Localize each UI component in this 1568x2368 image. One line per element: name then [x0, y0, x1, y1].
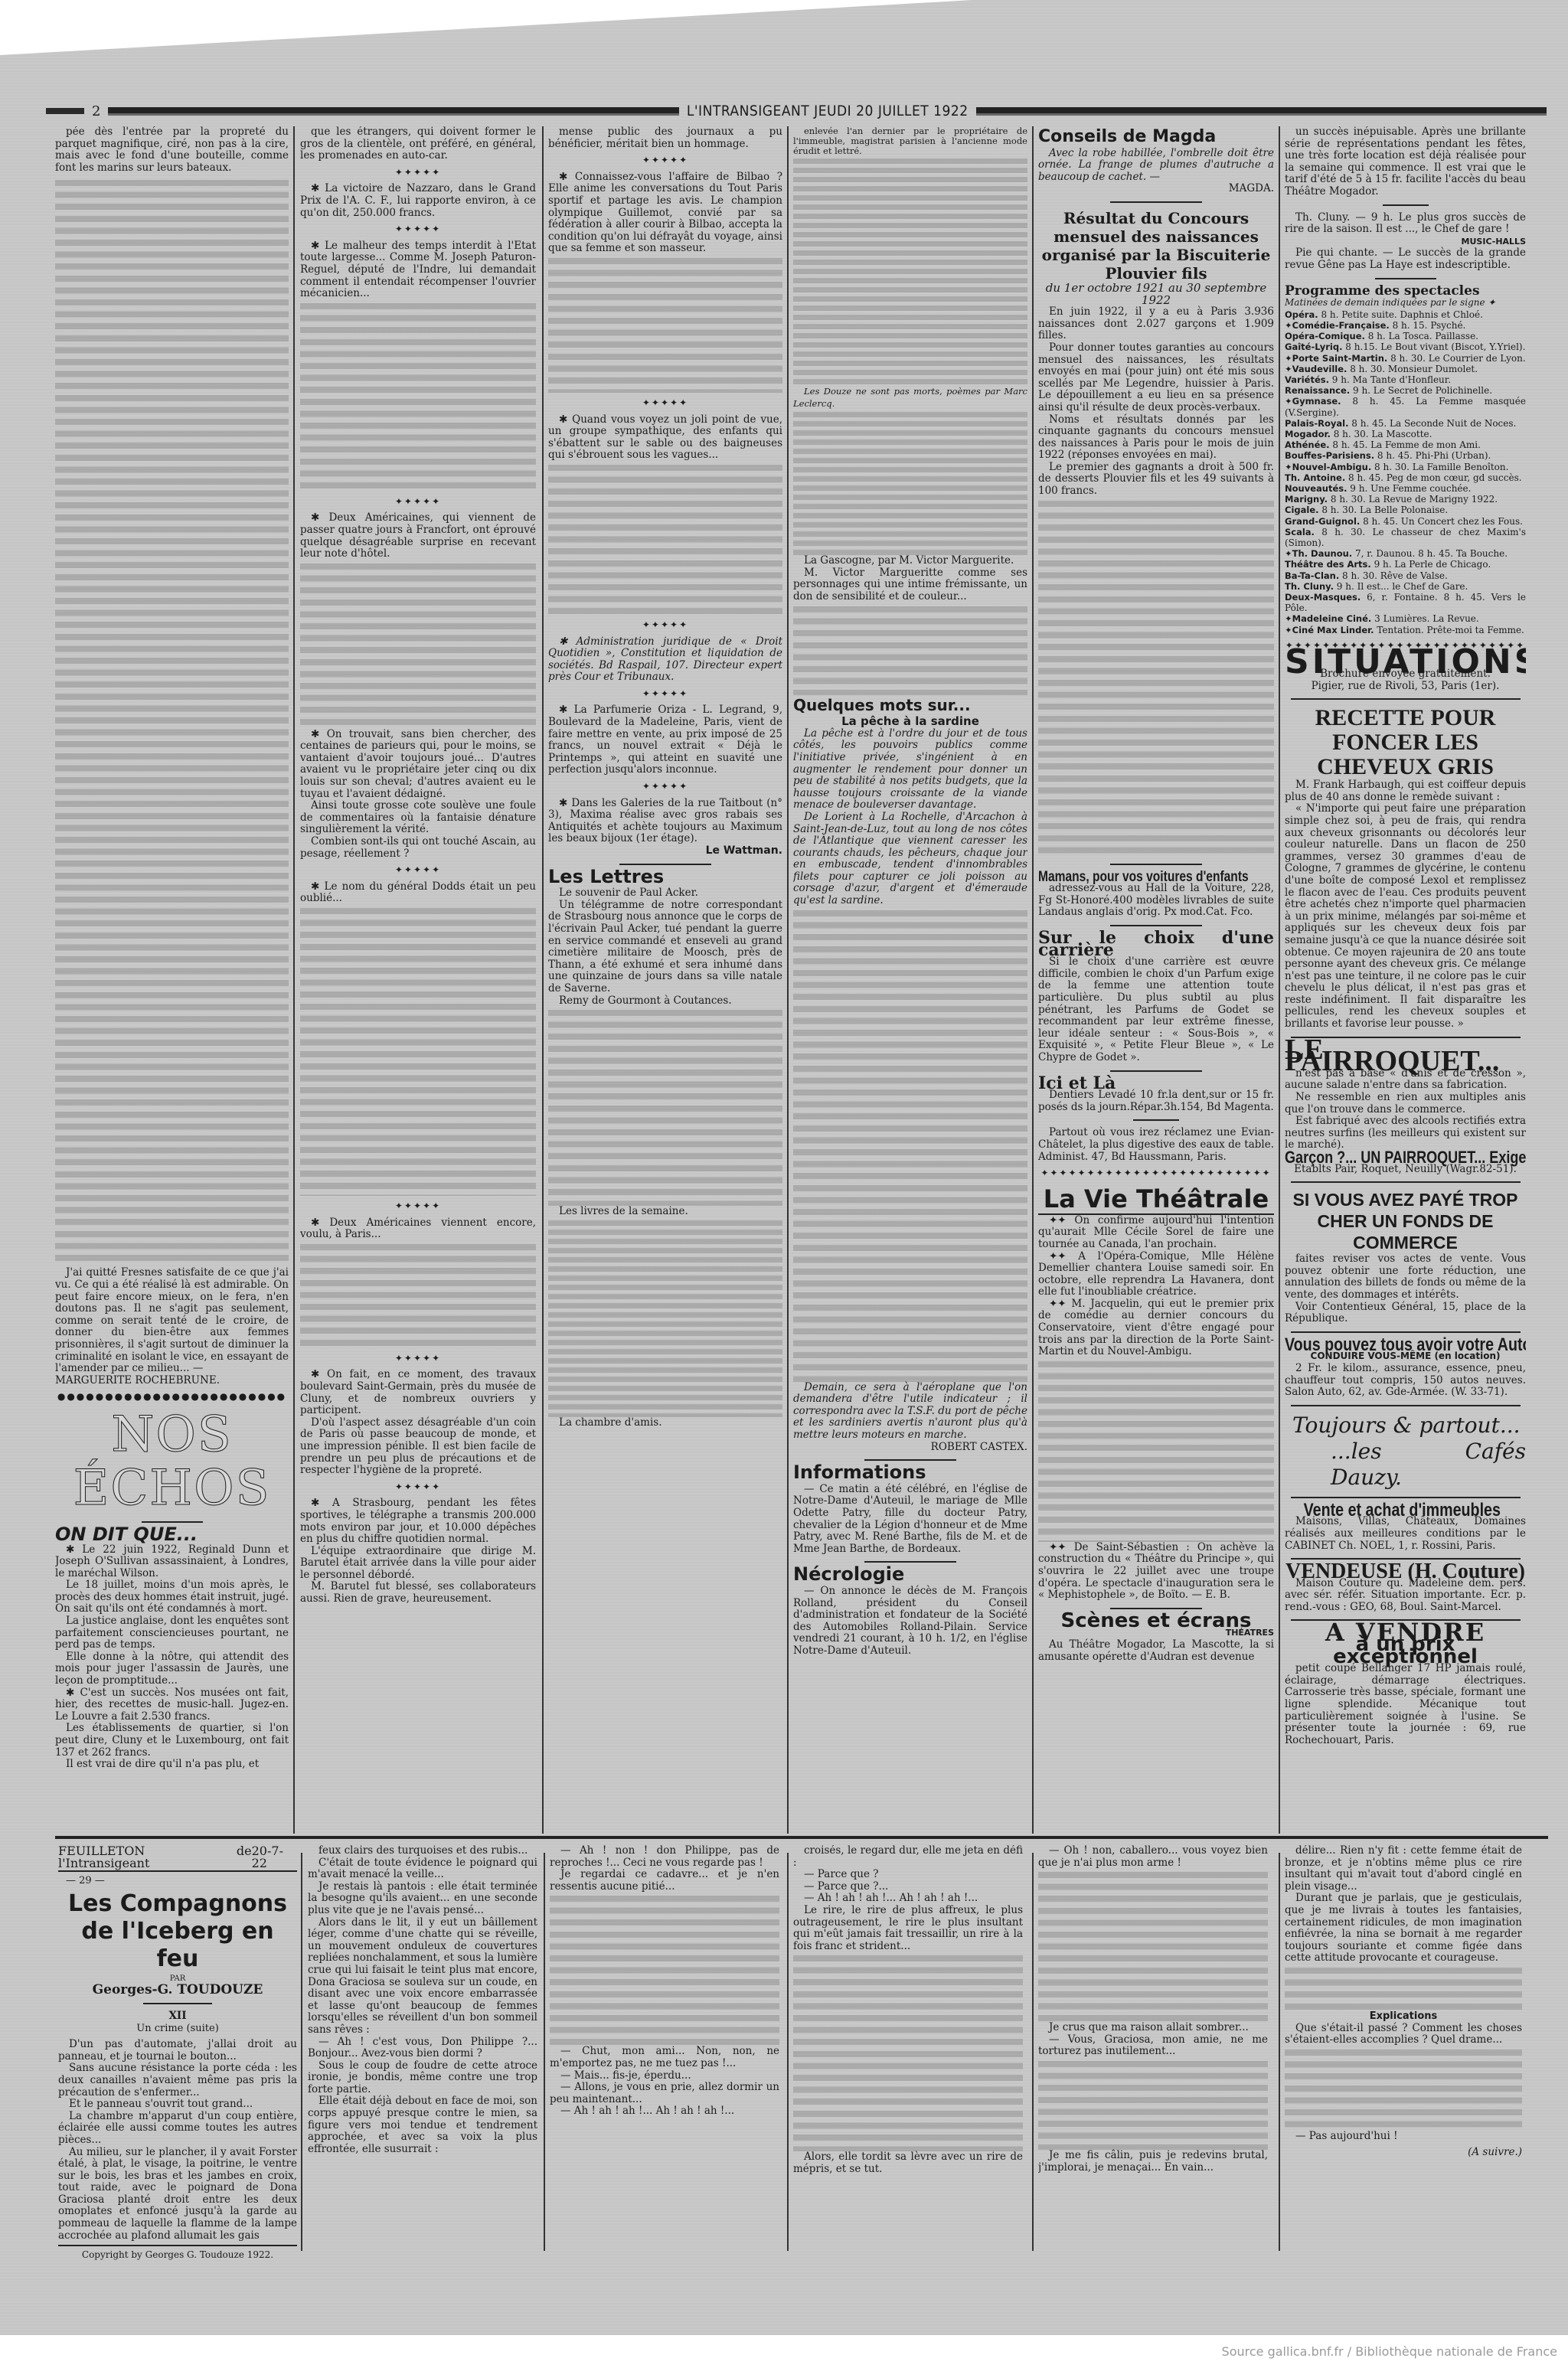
newspaper-title-date: L'INTRANSIGEANT JEUDI 20 JUILLET 1922 [687, 103, 969, 119]
novel-paragraph: Elle était déjà debout en face de moi, s… [308, 2095, 537, 2155]
show-info: 7, r. Daunou. 8 h. 45. Ta Bouche. [1355, 548, 1508, 559]
article-body-text-block [300, 1241, 536, 1348]
article-title-peche: La pêche à la sardine [793, 716, 1027, 728]
novel-paragraph: Je restais là pantois : elle était termi… [308, 1881, 537, 1917]
column-rule [1279, 1853, 1280, 2251]
page-number: 2 [92, 103, 100, 119]
article-body-text-block [793, 156, 1027, 386]
ad-text: Ne ressemble en rien aux multiples anis … [1285, 1092, 1526, 1115]
column-rule [1032, 1853, 1034, 2251]
column-2: que les étrangers, qui doivent former le… [300, 126, 536, 1830]
echo-paragraph: M. Barutel fut blessé, ses collaborateur… [300, 1581, 536, 1605]
show-info: 9 h. La Perle de Chicago. [1374, 559, 1491, 570]
column-rule [787, 126, 789, 1834]
article-paragraph: pée dès l'entrée par la propreté du parq… [55, 126, 289, 174]
feuilleton-column-5: — Oh ! non, caballero... vous voyez bien… [1038, 1845, 1268, 2259]
novel-text-block [1285, 1965, 1522, 2010]
article-body-text-block [300, 560, 536, 729]
section-title-quelques-mots: Quelques mots sur... [793, 700, 1027, 712]
section-title-ici-la: Ici et Là [1038, 1078, 1274, 1090]
novel-paragraph: Alors dans le lit, il y eut un bâillemen… [308, 1917, 537, 2036]
feuilleton-header: FEUILLETON de l'Intransigeant 20-7-22 [58, 1845, 297, 1872]
novel-text-block [1038, 2058, 1268, 2150]
novel-paragraph: — Vous, Graciosa, mon amie, ne me tortur… [1038, 2034, 1268, 2058]
programme-entry: Palais-Royal. 8 h. 45. La Seconde Nuit d… [1285, 418, 1526, 429]
novel-paragraph: — Ah ! non ! don Philippe, pas de reproc… [550, 1845, 779, 1869]
lettres-item: La chambre d'amis. [548, 1417, 782, 1429]
title-rule [1291, 1181, 1521, 1183]
novel-paragraph: Que s'était-il passé ? Comment les chose… [1285, 2023, 1522, 2046]
show-info: 8 h. 30. La Revue de Marigny 1922. [1331, 494, 1498, 505]
venue-name: ✦Madeleine Ciné. [1285, 613, 1371, 624]
article-body-text-block [793, 603, 1027, 695]
show-info: 8 h.15. Le Bout vivant (Biscot, Y.Yriel)… [1345, 341, 1525, 352]
venue-name: Scala. [1285, 527, 1315, 537]
source-credit: Source gallica.bnf.fr / Bibliothèque nat… [1222, 2344, 1557, 2359]
section-title-necrologie: Nécrologie [793, 1569, 1027, 1581]
title-rule [1110, 201, 1202, 203]
echo-paragraph: Elle donne à la nôtre, qui attendit des … [55, 1651, 289, 1687]
column-rule [293, 126, 295, 1834]
show-info: 8 h. 30. Le chasseur de chez Maxim's (Si… [1285, 527, 1526, 548]
article-body-text-block [1038, 1358, 1274, 1542]
title-rule [1110, 1070, 1202, 1072]
show-info: 8 h. 30. La Belle Polonaise. [1321, 505, 1448, 515]
programme-entry: Bouffes-Parisiens. 8 h. 45. Phi-Phi (Urb… [1285, 450, 1526, 461]
echo-paragraph: Le 18 juillet, moins d'un mois après, le… [55, 1579, 289, 1615]
title-rule [864, 1459, 956, 1461]
venue-name: ✦Nouvel-Ambigu. [1285, 462, 1371, 472]
subsection-title: ON DIT QUE... [55, 1529, 289, 1541]
venue-name: Mogador. [1285, 429, 1331, 439]
echo-paragraph: ✱ Le nom du général Dodds était un peu o… [300, 881, 536, 905]
show-info: 8 h. 45. Phi-Phi (Urban). [1377, 450, 1491, 461]
echo-paragraph: ✱ Deux Américaines, qui viennent de pass… [300, 512, 536, 560]
title-rule [1383, 204, 1429, 206]
title-rule [1291, 698, 1521, 700]
programme-entry: ✦Madeleine Ciné. 3 Lumières. La Revue. [1285, 613, 1526, 624]
subsection-label: MUSIC-HALLS [1285, 236, 1526, 248]
echo-paragraph: Les établissements de quartier, si l'on … [55, 1723, 289, 1759]
lettres-item: Les livres de la semaine. [548, 1206, 782, 1218]
programme-entry: ✦Th. Daunou. 7, r. Daunou. 8 h. 45. Ta B… [1285, 548, 1526, 559]
column-5: Conseils de Magda Avec la robe habillée,… [1038, 126, 1274, 1830]
theatre-item: ✦✦ M. Jacquelin, qui eut le premier prix… [1038, 1298, 1274, 1358]
chapter-title: Un crime (suite) [58, 2023, 297, 2035]
column-6: un succès inépuisable. Après une brillan… [1285, 126, 1526, 1830]
programme-entry: Th. Cluny. 9 h. Il est... le Chef de Gar… [1285, 581, 1526, 592]
echo-paragraph: ✱ Dans les Galeries de la rue Taitbout (… [548, 798, 782, 845]
venue-name: ✦Th. Daunou. [1285, 548, 1352, 559]
programme-entry: Opéra-Comique. 8 h. La Tosca. Paillasse. [1285, 331, 1526, 341]
ad-title-fonds: SI VOUS AVEZ PAYÉ TROP CHER UN FONDS DE … [1285, 1189, 1526, 1253]
programme-entry: Marigny. 8 h. 30. La Revue de Marigny 19… [1285, 494, 1526, 505]
programme-entry: Renaissance. 9 h. Le Secret de Polichine… [1285, 385, 1526, 396]
concours-paragraph: En juin 1922, il y a eu à Paris 3.936 na… [1038, 306, 1274, 342]
ad-title-situations: SITUATIONS [1285, 656, 1526, 668]
column-4: enlevée l'an dernier par le propriétaire… [793, 126, 1027, 1830]
novel-paragraph: — Oh ! non, caballero... vous voyez bien… [1038, 1845, 1268, 1869]
title-rule [1110, 925, 1202, 926]
column-1: pée dès l'entrée par la propreté du parq… [55, 126, 289, 1830]
programme-entry: ✦Porte Saint-Martin. 8 h. 30. Le Courrie… [1285, 353, 1526, 364]
article-paragraph: M. Victor Margueritte comme ses personna… [793, 567, 1027, 603]
title-rule [142, 1521, 203, 1523]
masthead: 2 L'INTRANSIGEANT JEUDI 20 JUILLET 1922 [46, 100, 1547, 122]
lettres-item: Le souvenir de Paul Acker. [548, 887, 782, 900]
show-info: 9 h. Il est... le Chef de Gare. [1337, 581, 1468, 592]
venue-name: Cigale. [1285, 505, 1318, 515]
ornament-divider: ✦✦✦✦✦ [548, 155, 782, 167]
programme-entry: ✦Vaudeville. 8 h. 30. Monsieur Dumolet. [1285, 364, 1526, 374]
programme-entry: Variétés. 9 h. Ma Tante d'Honfleur. [1285, 374, 1526, 385]
title-rule [1291, 1037, 1521, 1038]
novel-paragraph: La chambre m'apparut d'un coup entière, … [58, 2111, 297, 2147]
show-info: Tentation. Prête-moi ta Femme. [1377, 625, 1524, 635]
show-info: 8 h. 15. Psyché. [1393, 320, 1466, 331]
echo-paragraph: ✱ Connaissez-vous l'affaire de Bilbao ? … [548, 171, 782, 255]
programme-note: Matinées de demain indiquées par le sign… [1285, 297, 1526, 309]
article-paragraph: enlevée l'an dernier par le propriétaire… [793, 126, 1027, 156]
article-paragraph: — Ce matin a été célébré, en l'église de… [793, 1484, 1027, 1556]
novel-paragraph: — Chut, mon ami... Non, non, ne m'emport… [550, 2046, 779, 2069]
venue-name: ✦Comédie-Française. [1285, 320, 1390, 331]
echo-paragraph: ✱ Quand vous voyez un joli point de vue,… [548, 414, 782, 462]
novel-paragraph: Je crus que ma raison allait sombrer... [1038, 2022, 1268, 2034]
echo-paragraph: que les étrangers, qui doivent former le… [300, 126, 536, 162]
copyright: Copyright by Georges G. Toudouze 1922. [58, 2245, 297, 2262]
echo-paragraph: ✱ A Strasbourg, pendant les fêtes sporti… [300, 1498, 536, 1545]
lettres-item: Un télégramme de notre correspondant de … [548, 900, 782, 995]
show-info: 8 h. 45. La Femme de mon Ami. [1332, 439, 1481, 450]
echo-paragraph: mense public des journaux a pu bénéficie… [548, 126, 782, 150]
ad-text: Si le choix d'une carrière est œuvre dif… [1038, 956, 1274, 1063]
ornament-divider: ✦✦✦✦✦ [300, 224, 536, 236]
ad-title-carriere: Sur le choix d'une carrière [1038, 933, 1274, 956]
programme-entry: Théâtre des Arts. 9 h. La Perle de Chica… [1285, 559, 1526, 570]
novel-text-block [793, 1952, 1023, 2151]
show-info: 8 h. 45. La Seconde Nuit de Noces. [1351, 418, 1516, 429]
novel-text-block [1285, 2046, 1522, 2131]
title-rule [1110, 864, 1202, 865]
echo-paragraph: Combien sont-ils qui ont touché Ascain, … [300, 836, 536, 860]
ornament-divider: ✦✦✦✦✦ [548, 619, 782, 632]
ornament-divider: ✦✦✦✦✦ [548, 781, 782, 793]
venue-name: ✦Ciné Max Linder. [1285, 625, 1374, 635]
ad-text: petit coupé Bellanger 17 HP jamais roulé… [1285, 1663, 1526, 1746]
article-body-text-block [300, 300, 536, 492]
novel-paragraph: Je me fis câlin, puis je redevins brutal… [1038, 2150, 1268, 2174]
title-rule [1133, 1119, 1179, 1121]
column-rule [1279, 126, 1280, 1834]
title-rule [864, 1561, 956, 1563]
subheading-explications: Explications [1285, 2010, 1522, 2023]
novel-paragraph: Au milieu, sur le plancher, il y avait F… [58, 2147, 297, 2242]
novel-paragraph: Sous le coup de foudre de cette atroce i… [308, 2060, 537, 2096]
ad-script-line: Toujours & partout... [1285, 1413, 1526, 1439]
ad-text: Maisons, Villas, Châteaux, Domaines réal… [1285, 1516, 1526, 1552]
venue-name: Opéra-Comique. [1285, 331, 1365, 341]
article-paragraph: Les Douze ne sont pas morts, poèmes par … [793, 386, 1027, 410]
programme-entry: ✦Ciné Max Linder. Tentation. Prête-moi t… [1285, 625, 1526, 635]
venue-name: Gaîté-Lyriq. [1285, 341, 1342, 352]
novel-paragraph: croisés, le regard dur, elle me jeta en … [793, 1845, 1023, 1869]
article-body-text-block [548, 462, 782, 615]
ornament-divider: ●●●●●●●●●●●●●●●●●●●●●●●● [55, 1391, 289, 1403]
section-title-vie-theatrale: La Vie Théâtrale [1038, 1184, 1274, 1215]
venue-name: Th. Cluny. [1285, 581, 1334, 592]
novel-text-block [550, 1893, 779, 2046]
masthead-rule-right [976, 107, 1547, 116]
concours-title: Résultat du Concours mensuel des naissan… [1038, 209, 1274, 283]
column-rule [542, 126, 544, 1834]
article-paragraph: De Lorient à La Rochelle, d'Arcachon à S… [793, 812, 1027, 907]
ad-text: Brochure envoyée gratuitement. [1285, 668, 1526, 681]
programme-entry: Athénée. 8 h. 45. La Femme de mon Ami. [1285, 439, 1526, 450]
column-rule [544, 1853, 545, 2251]
ad-title-recette: RECETTE POUR FONCER LES CHEVEUX GRIS [1285, 706, 1526, 779]
ornament-divider: ✦✦✦✦✦ [548, 397, 782, 410]
echo-paragraph: Ainsi toute grosse cote soulève une foul… [300, 800, 536, 836]
venue-name: Variétés. [1285, 374, 1329, 385]
echo-paragraph: La justice anglaise, dont les enquêtes s… [55, 1615, 289, 1651]
novel-paragraph: Je regardai ce cadavre... et je n'en res… [550, 1869, 779, 1893]
novel-paragraph: Sans aucune résistance la porte céda : l… [58, 2063, 297, 2099]
venue-name: Grand-Guignol. [1285, 516, 1360, 527]
echo-paragraph: D'où l'aspect assez désagréable d'un coi… [300, 1417, 536, 1477]
show-info: 8 h. 45. Peg de mon cœur, gd succès. [1348, 472, 1522, 483]
programme-entry: ✦Nouvel-Ambigu. 8 h. 30. La Famille Beno… [1285, 462, 1526, 472]
article-paragraph: La pêche est à l'ordre du jour et de tou… [793, 728, 1027, 812]
ad-text: adressez-vous au Hall de la Voiture, 228… [1038, 883, 1274, 919]
title-rule [619, 864, 711, 865]
title-rule [1291, 1331, 1521, 1333]
ad-slogan: Garçon ?... UN PAIRROQUET... Exigez-le [1285, 1151, 1482, 1164]
ornament-divider: ✦✦✦✦✦ [300, 1200, 536, 1213]
article-paragraph: Demain, ce sera à l'aéroplane que l'on d… [793, 1382, 1027, 1442]
chapter-number: XII [58, 2010, 297, 2023]
ad-title-mamans: Mamans, pour vos voitures d'enfants [1038, 871, 1232, 884]
theatre-item: ✦✦ On confirme aujourd'hui l'intention q… [1038, 1215, 1274, 1251]
novel-paragraph: Et le panneau s'ouvrit tout grand... [58, 2099, 297, 2111]
concours-paragraph: Noms et résultats donnés par les cinquan… [1038, 414, 1274, 462]
novel-paragraph: C'était de toute évidence le poignard qu… [308, 1857, 537, 1881]
section-title-scenes-ecrans: Scènes et écrans [1038, 1615, 1274, 1628]
programme-entry: Scala. 8 h. 30. Le chasseur de chez Maxi… [1285, 527, 1526, 548]
novel-title: Les Compagnons de l'Iceberg en feu [58, 1890, 297, 1973]
venue-name: Athénée. [1285, 439, 1330, 450]
lettres-item: Remy de Gourmont à Coutances. [548, 995, 782, 1008]
novel-paragraph: Alors, elle tordit sa lèvre avec un rire… [793, 2151, 1023, 2175]
feuilleton-column-2: feux clairs des turquoises et des rubis.… [308, 1845, 537, 2259]
article-body-text-block [300, 905, 536, 1196]
programme-list: Opéra. 8 h. Petite suite. Daphnis et Chl… [1285, 309, 1526, 635]
show-info: 9 h. Le Secret de Polichinelle. [1353, 385, 1492, 396]
novel-author: Georges-G. TOUDOUZE [58, 1984, 297, 1997]
venue-name: Opéra. [1285, 309, 1318, 320]
show-info: 8 h. 30. Rêve de Valse. [1342, 570, 1448, 581]
ad-text: « N'importe qui peut faire une préparati… [1285, 803, 1526, 1030]
programme-entry: Grand-Guignol. 8 h. 45. Un Concert chez … [1285, 516, 1526, 527]
echo-paragraph: ✱ On trouvait, sans bien chercher, des c… [300, 729, 536, 801]
show-info: 9 h. Ma Tante d'Honfleur. [1332, 374, 1451, 385]
venue-name: ✦Gymnase. [1285, 396, 1341, 407]
echo-paragraph: ✱ C'est un succès. Nos musées ont fait, … [55, 1687, 289, 1723]
echo-paragraph: ✱ Administration juridique de « Droit Qu… [548, 636, 782, 684]
novel-paragraph: — Parce que ?... [793, 1881, 1023, 1893]
winners-list-text-block [1038, 498, 1274, 857]
concours-dates: du 1er octobre 1921 au 30 septembre 1922 [1038, 283, 1274, 306]
column-rule [787, 1853, 789, 2251]
show-info: 9 h. Une Femme couchée. [1350, 483, 1471, 494]
ornament-divider: ✦✦✦✦✦ [300, 1481, 536, 1494]
echo-paragraph: ✱ Le malheur des temps interdit à l'Etat… [300, 240, 536, 300]
show-info: 8 h. 30. La Mascotte. [1334, 429, 1432, 439]
article-paragraph: Th. Cluny. — 9 h. Le plus gros succès de… [1285, 212, 1526, 236]
title-rule [1375, 278, 1436, 279]
novel-paragraph: — Mais... fis-je, éperdu... [550, 2070, 779, 2082]
theatre-item: ✦✦ A l'Opéra-Comique, Mlle Hélène Demell… [1038, 1251, 1274, 1298]
ad-title-immeubles: Vente et achat d'immeubles [1285, 1504, 1482, 1517]
venue-name: Palais-Royal. [1285, 418, 1348, 429]
novel-paragraph: — Ah ! ah ! ah !... Ah ! ah ! ah !... [793, 1893, 1023, 1905]
novel-paragraph: — Parce que ? [793, 1869, 1023, 1881]
ad-text: Maison Couture qu. Madeleine dem. pers. … [1285, 1578, 1526, 1614]
novel-paragraph: — Ah ! c'est vous, Don Philippe ?... Bon… [308, 2036, 537, 2060]
show-info: 8 h. 30. La Famille Benoîton. [1374, 462, 1508, 472]
ad-script-line: ...les Cafés Dauzy. [1285, 1439, 1526, 1491]
ad-text: 2 Fr. le kilom., assurance, essence, pne… [1285, 1363, 1526, 1399]
echo-paragraph: ✱ On fait, en ce moment, des travaux bou… [300, 1369, 536, 1416]
feuilleton-divider [55, 1836, 1548, 1839]
venue-name: Bouffes-Parisiens. [1285, 450, 1374, 461]
venue-name: Marigny. [1285, 494, 1328, 505]
echo-paragraph: ✱ La victoire de Nazzaro, dans le Grand … [300, 183, 536, 219]
novel-paragraph: — Allons, je vous en prie, allez dormir … [550, 2082, 779, 2105]
ad-text: Dentiers Levadé 10 fr.la dent,sur or 15 … [1038, 1089, 1274, 1113]
novel-paragraph: Le rire, le rire de plus affreux, le plu… [793, 1905, 1023, 1952]
byline: MAGDA. [1038, 183, 1274, 195]
feuilleton-column-4: croisés, le regard dur, elle me jeta en … [793, 1845, 1023, 2259]
article-body-text-block [548, 255, 782, 393]
ad-text: n'est pas à base « d'anis et de cresson … [1285, 1068, 1526, 1092]
novel-paragraph: Durant que je parlais, que je gesticulai… [1285, 1893, 1522, 1965]
column-rule [301, 1853, 302, 2251]
column-3: mense public des journaux a pu bénéficie… [548, 126, 782, 1830]
echo-paragraph: ✱ Le 22 juin 1922, Reginald Dunn et Jose… [55, 1544, 289, 1580]
venue-name: ✦Porte Saint-Martin. [1285, 353, 1387, 364]
column-rule [1032, 126, 1034, 1834]
programme-entry: Gaîté-Lyriq. 8 h.15. Le Bout vivant (Bis… [1285, 341, 1526, 352]
theatre-item: ✦✦ De Saint-Sébastien : On achève la con… [1038, 1542, 1274, 1602]
show-info: 8 h. 45. Un Concert chez les Fous. [1363, 516, 1523, 527]
section-title-les-lettres: Les Lettres [548, 871, 782, 884]
show-info: 8 h. Petite suite. Daphnis et Chloé. [1321, 309, 1482, 320]
concours-paragraph: Le premier des gagnants a droit à 500 fr… [1038, 462, 1274, 498]
echo-paragraph: L'équipe extraordinaire que dirige M. Ba… [300, 1546, 536, 1582]
section-title-conseils: Conseils de Magda [1038, 131, 1274, 143]
ornament-divider: ✦✦✦✦✦✦✦✦✦✦✦✦✦✦✦✦✦✦✦✦✦✦✦✦✦ [1038, 1168, 1274, 1180]
novel-text-block [1038, 1869, 1268, 2022]
feuilleton-date: 20-7-22 [252, 1845, 297, 1869]
show-info: 8 h. 30. Monsieur Dumolet. [1350, 364, 1478, 374]
article-body-text-block [793, 410, 1027, 555]
programme-entry: Nouveautés. 9 h. Une Femme couchée. [1285, 483, 1526, 494]
article-paragraph: Pie qui chante. — Le succès de la grande… [1285, 247, 1526, 271]
novel-paragraph: — Pas aujourd'hui ! [1285, 2131, 1522, 2143]
ad-text: Partout où vous irez réclamez une Evian-… [1038, 1127, 1274, 1163]
title-rule [1291, 1497, 1521, 1498]
venue-name: Nouveautés. [1285, 483, 1347, 494]
masthead-rule-left [108, 107, 678, 116]
article-paragraph: un succès inépuisable. Après une brillan… [1285, 126, 1526, 198]
venue-name: Renaissance. [1285, 385, 1350, 396]
article-paragraph: J'ai quitté Fresnes satisfaite de ce que… [55, 1267, 289, 1374]
novel-paragraph: D'un pas d'automate, j'allai droit au pa… [58, 2039, 297, 2063]
title-rule [1291, 1405, 1521, 1406]
article-body-text-block [548, 1218, 782, 1417]
novel-paragraph: délire... Rien n'y fit : cette femme éta… [1285, 1845, 1522, 1893]
to-be-continued: (A suivre.) [1285, 2147, 1522, 2159]
signature: Le Wattman. [548, 845, 782, 857]
programme-entry: ✦Gymnase. 8 h. 45. La Femme masquée (V.S… [1285, 396, 1526, 417]
feuilleton-column-3: — Ah ! non ! don Philippe, pas de reproc… [550, 1845, 779, 2259]
article-paragraph: — On annonce le décès de M. François Rol… [793, 1586, 1027, 1658]
programme-entry: ✦Comédie-Française. 8 h. 15. Psyché. [1285, 320, 1526, 331]
programme-entry: Cigale. 8 h. 30. La Belle Polonaise. [1285, 505, 1526, 515]
venue-name: Théâtre des Arts. [1285, 559, 1371, 570]
ornament-divider: ✦✦✦✦✦ [300, 496, 536, 508]
byline: MARGUERITE ROCHEBRUNE. [55, 1375, 289, 1387]
ornament-divider: ✦✦✦✦✦ [300, 167, 536, 179]
novel-paragraph: — Ah ! ah ! ah !... Ah ! ah ! ah !... [550, 2105, 779, 2118]
show-info: 8 h. 30. Le Courrier de Lyon. [1390, 353, 1526, 364]
show-info: 3 Lumières. La Revue. [1374, 613, 1479, 624]
venue-name: ✦Vaudeville. [1285, 364, 1347, 374]
section-title-informations: Informations [793, 1467, 1027, 1479]
venue-name: Ba-Ta-Clan. [1285, 570, 1339, 581]
ornament-divider: ✦✦✦✦✦ [548, 688, 782, 701]
ornament-divider: ✦✦✦✦✦ [300, 864, 536, 877]
ad-text: Voir Contentieux Général, 15, place de l… [1285, 1302, 1526, 1325]
ad-text: Pigier, rue de Rivoli, 53, Paris (1er). [1285, 681, 1526, 693]
feuilleton-column-6: délire... Rien n'y fit : cette femme éta… [1285, 1845, 1522, 2274]
programme-entry: Mogador. 8 h. 30. La Mascotte. [1285, 429, 1526, 439]
echo-paragraph: ✱ Deux Américaines viennent encore, voul… [300, 1217, 536, 1241]
programme-entry: Opéra. 8 h. Petite suite. Daphnis et Chl… [1285, 309, 1526, 320]
ad-text: M. Frank Harbaugh, qui est coiffeur depu… [1285, 779, 1526, 803]
venue-name: Deux-Masques. [1285, 592, 1361, 603]
programme-entry: Ba-Ta-Clan. 8 h. 30. Rêve de Valse. [1285, 570, 1526, 581]
novel-paragraph: feux clairs des turquoises et des rubis.… [308, 1845, 537, 1857]
ad-text: Est fabriqué avec des alcools rectifiés … [1285, 1115, 1526, 1151]
article-body-text-block [548, 1007, 782, 1206]
byline: ROBERT CASTEX. [793, 1442, 1027, 1454]
concours-paragraph: Pour donner toutes garanties au concours… [1038, 342, 1274, 414]
feuilleton-label: FEUILLETON de l'Intransigeant [58, 1845, 252, 1869]
title-rule [143, 2003, 212, 2004]
feuilleton-column-1: FEUILLETON de l'Intransigeant 20-7-22 — … [58, 1845, 297, 2274]
ad-title-vendeuse: VENDEUSE (H. Couture) [1285, 1566, 1526, 1578]
programme-title: Programme des spectacles [1285, 286, 1526, 298]
episode-number: — 29 — [66, 1875, 289, 1887]
article-paragraph: Au Théâtre Mogador, La Mascotte, la si a… [1038, 1639, 1274, 1663]
article-paragraph: La Gascogne, par M. Victor Marguerite. [793, 555, 1027, 567]
ad-subtitle: à un prix exceptionnel [1285, 1639, 1526, 1663]
show-info: 8 h. La Tosca. Paillasse. [1368, 331, 1478, 341]
article-body-text-block [793, 907, 1027, 1382]
ad-title-pairroquet: LE PAIRROQUET... [1285, 1044, 1526, 1068]
